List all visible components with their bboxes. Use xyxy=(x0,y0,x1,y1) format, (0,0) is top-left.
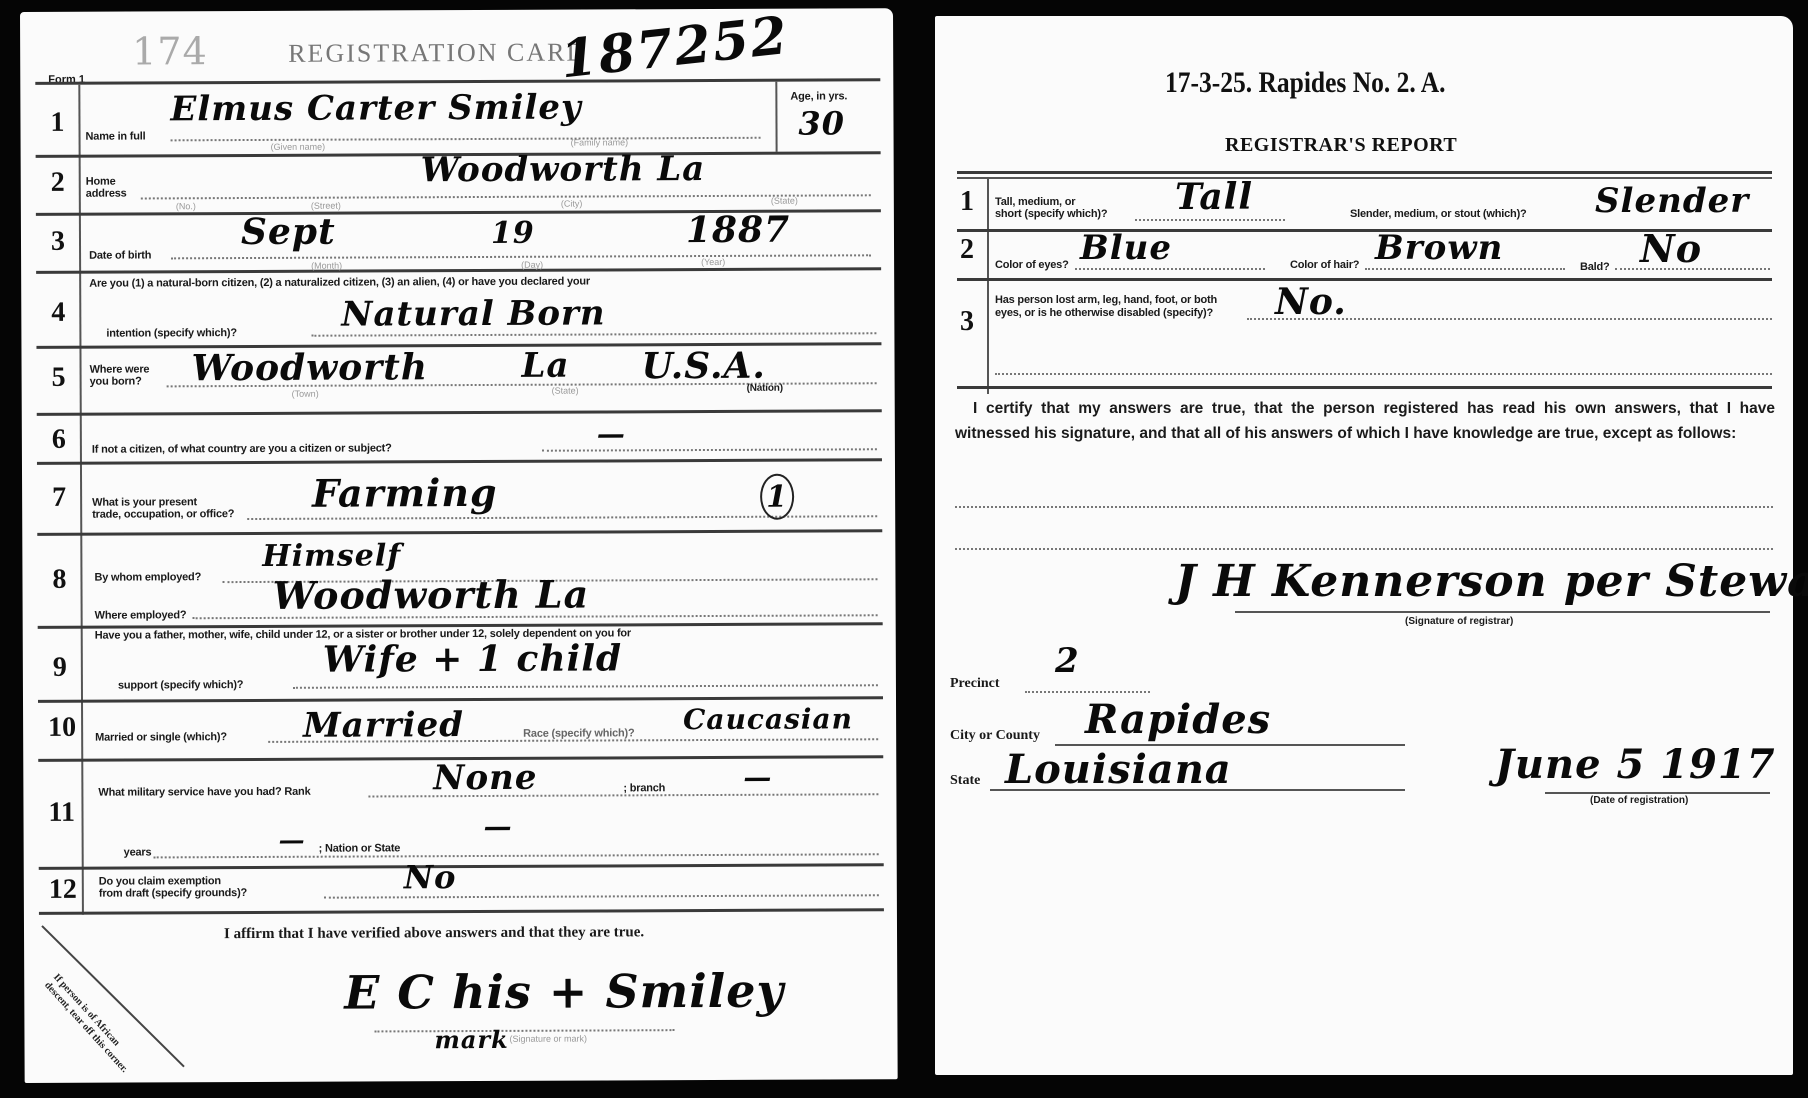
field-label: Name in full xyxy=(86,130,146,142)
field-sublabel: (Town) xyxy=(292,389,319,399)
field-line xyxy=(171,254,871,259)
field-label: Color of eyes? xyxy=(995,259,1069,271)
registrar-signature-label: (Signature of registrar) xyxy=(1405,616,1513,627)
divider xyxy=(957,171,1772,174)
field-label: Married or single (which)? xyxy=(95,731,227,744)
field-label: from draft (specify grounds)? xyxy=(99,887,247,900)
field-label: Color of hair? xyxy=(1290,259,1359,271)
divider xyxy=(37,458,882,465)
report-code: 17-3-25. Rapides No. 2. A. xyxy=(1165,66,1446,100)
field-line xyxy=(542,448,877,451)
home-address-value: Woodworth La xyxy=(421,149,706,190)
registrars-report-card: 17-3-25. Rapides No. 2. A. REGISTRAR'S R… xyxy=(935,16,1793,1075)
row-number: 2 xyxy=(960,234,974,266)
affirm-text: I affirm that I have verified above answ… xyxy=(224,924,644,943)
foreign-citizenship-value: — xyxy=(597,417,626,450)
field-sublabel: (Street) xyxy=(311,201,341,211)
occupation-value: Farming xyxy=(312,470,498,516)
field-sublabel: (Day) xyxy=(521,260,543,270)
field-line xyxy=(1075,268,1265,270)
exceptions-line xyxy=(955,548,1773,550)
row-number: 9 xyxy=(53,652,67,684)
registration-card: Form 1 174 REGISTRATION CARD 187252 Age,… xyxy=(20,8,898,1083)
hair-color-value: Brown xyxy=(1375,228,1503,268)
row-number: 6 xyxy=(52,424,66,456)
disability-value: No. xyxy=(1275,281,1347,323)
field-label: Has person lost arm, leg, hand, foot, or… xyxy=(995,294,1217,306)
field-label: support (specify which)? xyxy=(118,679,243,692)
employment-place-value: Woodworth La xyxy=(272,572,589,618)
field-label: What military service have you had? Rank xyxy=(98,786,310,799)
birth-day-value: 19 xyxy=(491,216,535,251)
state-value: Louisiana xyxy=(1005,746,1232,793)
date-line xyxy=(1545,792,1770,794)
divider xyxy=(78,85,84,915)
field-label: Where were xyxy=(90,363,150,375)
signature-line xyxy=(374,1029,674,1032)
name-value: Elmus Carter Smiley xyxy=(170,88,582,130)
field-line xyxy=(154,853,879,858)
registrant-signature: E C his + Smiley xyxy=(344,964,784,1020)
field-label: Do you claim exemption xyxy=(99,875,221,888)
signature-label: (Signature or mark) xyxy=(509,1034,587,1044)
field-label: Where employed? xyxy=(95,609,187,621)
divider xyxy=(987,178,989,394)
row-number: 3 xyxy=(960,306,974,338)
race-value: Caucasian xyxy=(683,702,853,736)
field-line xyxy=(141,194,871,199)
military-nation-value: — xyxy=(483,810,512,843)
field-line xyxy=(293,684,878,689)
row-number: 1 xyxy=(960,186,974,218)
field-label: address xyxy=(86,188,127,200)
age-value: 30 xyxy=(798,104,845,142)
divider xyxy=(37,529,882,536)
eye-color-value: Blue xyxy=(1080,228,1172,268)
divider xyxy=(775,82,777,152)
employer-value: Himself xyxy=(262,538,401,574)
military-years-value: — xyxy=(279,826,306,856)
field-label: What is your present xyxy=(92,496,197,508)
signature-mark-word: mark xyxy=(434,1025,508,1054)
exceptions-line xyxy=(955,506,1773,508)
field-line xyxy=(1365,268,1565,270)
registrar-signature: J H Kennerson per Stewart xyxy=(1175,556,1808,607)
bald-value: No xyxy=(1640,226,1702,271)
field-line xyxy=(1135,219,1285,221)
birth-town-value: Woodworth xyxy=(191,346,428,389)
field-sublabel: (State) xyxy=(552,386,579,396)
birth-nation-value: U.S.A. xyxy=(641,345,766,388)
city-label: City or County xyxy=(950,728,1040,744)
field-sublabel: (Month) xyxy=(311,261,342,271)
field-label: years xyxy=(124,846,152,858)
dependents-value: Wife + 1 child xyxy=(323,637,622,680)
field-label: Home xyxy=(86,176,116,188)
field-label: Date of birth xyxy=(89,249,151,261)
field-label: Bald? xyxy=(1580,261,1610,273)
field-label: Tall, medium, or xyxy=(995,196,1075,208)
field-label: If not a citizen, of what country are yo… xyxy=(92,442,392,455)
military-rank-value: None xyxy=(433,758,537,798)
row-number: 1 xyxy=(50,107,64,139)
date-label: (Date of registration) xyxy=(1590,795,1688,806)
divider xyxy=(35,78,880,85)
precinct-label: Precinct xyxy=(950,676,1000,692)
serial-number: 187252 xyxy=(558,5,792,91)
field-sublabel: (No.) xyxy=(176,201,196,211)
divider xyxy=(957,386,1772,389)
field-label: By whom employed? xyxy=(94,571,201,583)
field-line xyxy=(1025,691,1150,693)
age-label: Age, in yrs. xyxy=(790,90,847,102)
row-number: 10 xyxy=(48,712,76,744)
field-sublabel: (Family name) xyxy=(571,137,629,147)
birth-month-value: Sept xyxy=(241,211,336,253)
citizenship-value: Natural Born xyxy=(341,293,605,334)
field-question: Are you (1) a natural-born citizen, (2) … xyxy=(89,274,879,289)
row-number: 8 xyxy=(52,564,66,596)
height-value: Tall xyxy=(1175,176,1253,218)
field-label: intention (specify which)? xyxy=(106,327,237,340)
military-branch-value: — xyxy=(743,761,772,794)
signature-line xyxy=(1235,611,1770,613)
city-value: Rapides xyxy=(1085,696,1271,743)
field-label: trade, occupation, or office? xyxy=(92,508,234,521)
row-number: 4 xyxy=(51,297,65,329)
birth-year-value: 1887 xyxy=(686,209,790,251)
corner-note: If person is of African descent, tear of… xyxy=(41,972,139,1077)
row-number: 11 xyxy=(48,797,75,829)
divider xyxy=(957,177,1772,179)
field-label: ; branch xyxy=(623,782,665,794)
certify-text: I certify that my answers are true, that… xyxy=(955,396,1775,446)
field-label: you born? xyxy=(90,375,142,387)
row-number: 7 xyxy=(52,482,66,514)
pencil-number: 174 xyxy=(132,29,208,73)
row-number: 5 xyxy=(52,362,66,394)
marital-status-value: Married xyxy=(303,705,464,746)
field-label: eyes, or is he otherwise disabled (speci… xyxy=(995,307,1213,319)
field-sublabel: (Given name) xyxy=(271,142,326,152)
field-sublabel: (Year) xyxy=(701,257,725,267)
field-line xyxy=(171,137,761,142)
birth-state-value: La xyxy=(521,346,569,386)
registration-date: June 5 1917 xyxy=(1495,741,1776,788)
divider xyxy=(957,278,1772,281)
row-number: 3 xyxy=(51,226,65,258)
state-label: State xyxy=(950,773,980,789)
divider xyxy=(36,267,881,274)
divider xyxy=(39,863,884,870)
field-sublabel: (State) xyxy=(771,196,798,206)
card-title: REGISTRATION CARD xyxy=(288,38,587,69)
field-sublabel: (City) xyxy=(561,199,583,209)
divider xyxy=(39,908,884,915)
row-number: 12 xyxy=(49,874,77,906)
exemption-value: No xyxy=(404,858,457,896)
field-label: Race (specify which)? xyxy=(523,727,634,739)
field-label: Slender, medium, or stout (which)? xyxy=(1350,208,1527,220)
row-number: 2 xyxy=(51,167,65,199)
precinct-value: 2 xyxy=(1055,641,1080,681)
field-line xyxy=(995,373,1772,375)
circled-mark: 1 xyxy=(760,474,794,520)
build-value: Slender xyxy=(1595,181,1749,221)
field-label: ; Nation or State xyxy=(319,842,401,854)
field-label: short (specify which)? xyxy=(995,208,1107,220)
divider xyxy=(37,409,882,416)
report-title: REGISTRAR'S REPORT xyxy=(1225,134,1457,157)
